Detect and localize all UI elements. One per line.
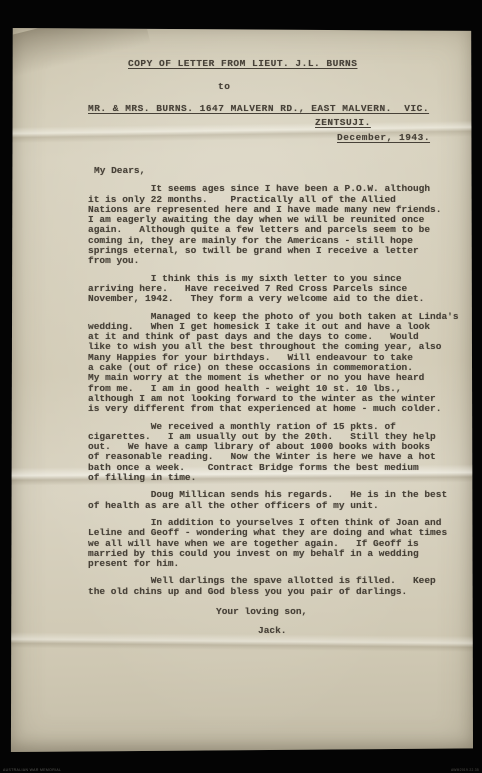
paragraph: Doug Millican sends his regards. He is i…: [88, 490, 456, 511]
to-label: to: [218, 81, 456, 93]
paragraph: It seems ages since I have been a P.O.W.…: [88, 184, 456, 266]
recipient-line: MR. & MRS. BURNS. 1647 MALVERN RD., EAST…: [88, 103, 456, 115]
salutation: My Dears,: [94, 166, 456, 176]
paragraph: In addition to yourselves I often think …: [88, 518, 456, 569]
paragraph: We received a monthly ration of 15 pkts.…: [88, 422, 456, 484]
location-line: ZENTSUJI.: [315, 117, 456, 129]
date-line: December, 1943.: [337, 132, 456, 144]
valediction: Your loving son,: [216, 607, 456, 617]
scan-frame: COPY OF LETTER FROM LIEUT. J.L. BURNS to…: [0, 0, 482, 773]
catalog-number: AWM2019.22.35: [451, 769, 479, 772]
letter-title: COPY OF LETTER FROM LIEUT. J.L. BURNS: [128, 58, 456, 70]
paragraph: Well darlings the spave allotted is fill…: [88, 576, 456, 597]
signature: Jack.: [258, 626, 456, 636]
letter-paper: COPY OF LETTER FROM LIEUT. J.L. BURNS to…: [10, 28, 473, 752]
paragraph: Managed to keep the photo of you both ta…: [88, 312, 456, 415]
paragraph: I think this is my sixth letter to you s…: [88, 274, 456, 305]
archive-label: AUSTRALIAN WAR MEMORIAL: [3, 769, 61, 772]
letter-content: COPY OF LETTER FROM LIEUT. J.L. BURNS to…: [88, 58, 456, 637]
